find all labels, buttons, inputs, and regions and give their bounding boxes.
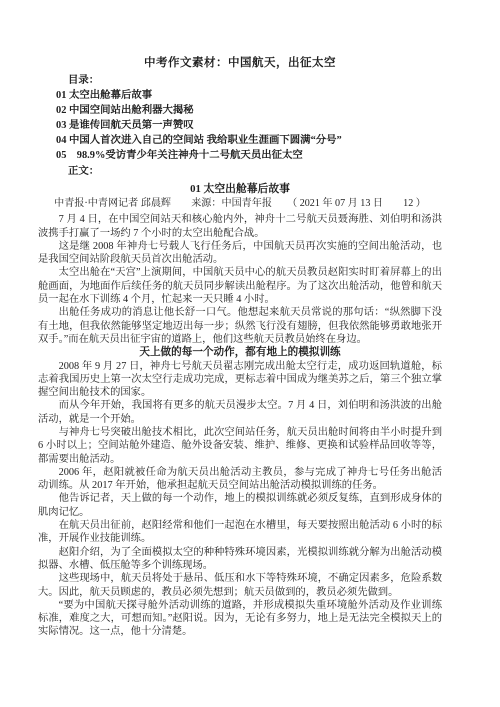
paragraph: 他告诉记者，天上做的每一个动作，地上的模拟训练就必须反复练，直到形成身体的肌肉记…: [38, 492, 442, 519]
toc-item-02: 02 中国空间站出舱利器大揭秘: [56, 103, 442, 118]
paragraph: 赵阳介绍，为了全面模拟太空的种种特殊环境因素，光模拟训练就分解为出舱活动模拟器、…: [38, 546, 442, 573]
document-page: 中考作文素材：中国航天，出征太空 目录： 01 太空出舱幕后故事 02 中国空间…: [0, 0, 500, 707]
paragraph: 在航天员出征前，赵阳经常和他们一起泡在水槽里，每天要按照出舱活动 6 小时的标准…: [38, 519, 442, 546]
paragraph: 而从今年开始，我国将有更多的航天员漫步太空。7 月 4 日，刘伯明和汤洪波的出舱…: [38, 399, 442, 426]
paragraph: 与神舟七号突破出舱技术相比，此次空间站任务，航天员出舱时间将由半小时提升到 6 …: [38, 426, 442, 466]
toc-item-03: 03 是谁传回航天员第一声赞叹: [56, 118, 442, 133]
toc-item-01: 01 太空出舱幕后故事: [56, 88, 442, 103]
paragraph: “要为中国航天探寻舱外活动训练的道路，并形成模拟失重环境舱外活动及作业训练标准，…: [38, 599, 442, 639]
document-content: 中考作文素材：中国航天，出征太空 目录： 01 太空出舱幕后故事 02 中国空间…: [38, 0, 442, 639]
paragraph: 7 月 4 日，在中国空间站天和核心舱内外，神舟十二号航天员聂海胜、刘伯明和汤洪…: [38, 213, 442, 240]
toc-label: 目录：: [68, 73, 442, 88]
article-byline: 中青报·中青网记者 邱晨辉 来源：中国青年报 （ 2021 年 07 月 13 …: [38, 197, 442, 210]
paragraph: 这是继 2008 年神舟七号载人飞行任务后，中国航天员再次实施的空间出舱活动，也…: [38, 240, 442, 267]
body-section-label: 正文：: [68, 164, 442, 179]
paragraph: 2006 年，赵阳就被任命为航天员出舱活动主教员，参与完成了神舟七号任务出舱活动…: [38, 466, 442, 493]
table-of-contents: 目录： 01 太空出舱幕后故事 02 中国空间站出舱利器大揭秘 03 是谁传回航…: [38, 73, 442, 179]
toc-item-05: 05 98.9%受访青少年关注神舟十二号航天员出征太空: [56, 148, 442, 163]
paragraph: 2008 年 9 月 27 日，神舟七号航天员翟志刚完成出舱太空行走，成功返回轨…: [38, 360, 442, 400]
article-heading: 01 太空出舱幕后故事: [38, 183, 442, 196]
paragraph: 太空出舱在“天宫”上演期间，中国航天员中心的航天员教员赵阳实时盯着屏幕上的出舱画…: [38, 266, 442, 306]
article-subheading: 天上做的每一个动作，都有地上的模拟训练: [38, 346, 442, 359]
paragraph: 这些现场中，航天员将处于悬吊、低压和水下等特殊环境，不确定因素多，危险系数大。因…: [38, 572, 442, 599]
toc-item-04: 04 中国人首次进入自己的空间站 我给职业生涯画下圆满“分号”: [56, 133, 442, 148]
paragraph: 出舱任务成功的消息让他长舒一口气。他想起来航天员常说的那句话：“纵然脚下没有土地…: [38, 306, 442, 346]
page-title: 中考作文素材：中国航天，出征太空: [38, 56, 442, 70]
article: 01 太空出舱幕后故事 中青报·中青网记者 邱晨辉 来源：中国青年报 （ 202…: [38, 183, 442, 639]
